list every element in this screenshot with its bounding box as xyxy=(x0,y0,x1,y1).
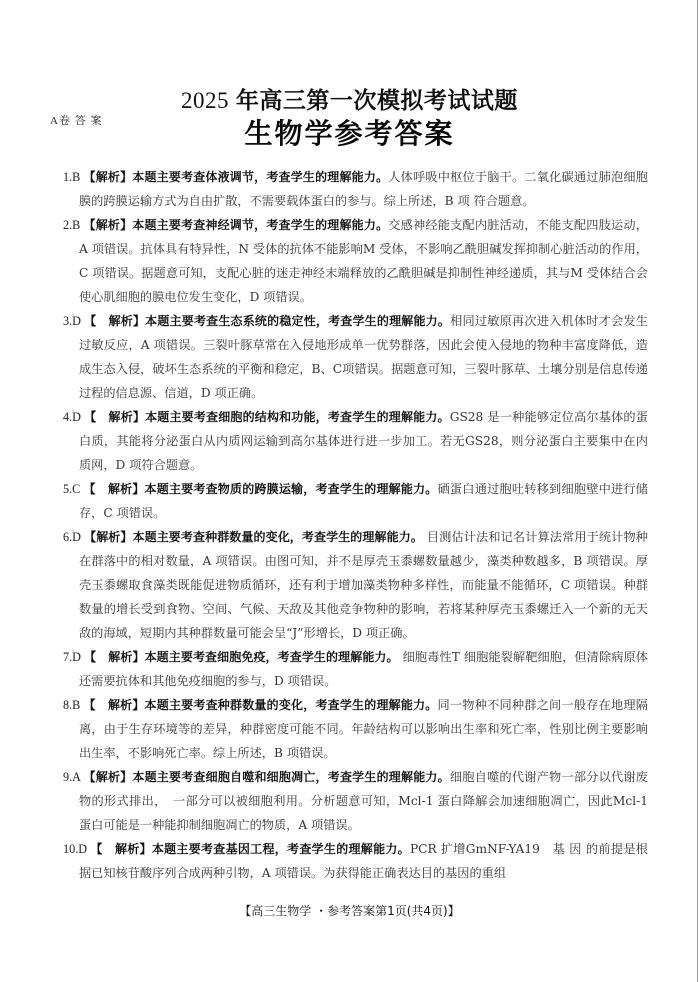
title-text: 年高三第一次模拟考试试题 xyxy=(229,87,518,113)
answer-item-1: 1.B 【解析】本题主要考查体液调节，考查学生的理解能力。人体呼吸中枢位于脑干。… xyxy=(63,165,648,213)
answer-number: 10.D xyxy=(63,842,90,856)
answer-number: 8.B xyxy=(63,698,84,712)
answer-heading: 【解析】本题主要考查种群数量的变化，考查学生的理解能力。 xyxy=(84,530,423,544)
answer-item-9: 9.A 【解析】本题主要考查细胞自噬和细胞凋亡，考查学生的理解能力。细胞自噬的代… xyxy=(63,765,648,837)
page-subtitle: 生物学参考答案 xyxy=(0,112,699,152)
answer-item-10: 10.D 【 解析】本题主要考查基因工程，考查学生的理解能力。PCR 扩增GmN… xyxy=(63,837,648,885)
answer-body: 目测估计法和记名计算法常用于统计物种在群落中的相对数量，A 项错误。由图可知，并… xyxy=(79,530,648,640)
answer-item-7: 7.D 【 解析】本题主要考查细胞免疫，考查学生的理解能力。 细胞毒性T 细胞能… xyxy=(63,645,648,693)
answer-heading: 【解析】本题主要考查体液调节，考查学生的理解能力。 xyxy=(84,170,389,184)
answer-item-8: 8.B 【 解析】本题主要考查种群数量的变化，考查学生的理解能力。同一物种不同种… xyxy=(63,693,648,765)
answer-list: 1.B 【解析】本题主要考查体液调节，考查学生的理解能力。人体呼吸中枢位于脑干。… xyxy=(63,165,648,885)
answer-heading: 【 解析】本题主要考查细胞的结构和功能，考查学生的理解能力。 xyxy=(84,410,450,424)
answer-heading: 【解析】本题主要考查细胞自噬和细胞凋亡，考查学生的理解能力。 xyxy=(84,770,450,784)
page-title: 2025 年高三第一次模拟考试试题 xyxy=(0,82,699,115)
answer-number: 3.D xyxy=(63,314,84,328)
page-footer: 【高三生物学 ・参考答案第1页(共4页)】 xyxy=(0,902,699,919)
answer-number: 9.A xyxy=(63,770,84,784)
answer-number: 1.B xyxy=(63,170,84,184)
answer-item-5: 5.C 【 解析】本题主要考查物质的跨膜运输，考查学生的理解能力。硒蛋白通过胞吐… xyxy=(63,477,648,525)
title-year: 2025 xyxy=(181,88,229,113)
answer-item-2: 2.B 【解析】本题主要考查神经调节，考查学生的理解能力。交感神经能支配内脏活动… xyxy=(63,213,648,309)
answer-number: 7.D xyxy=(63,650,84,664)
answer-number: 4.D xyxy=(63,410,84,424)
answer-heading: 【 解析】本题主要考查生态系统的稳定性，考查学生的理解能力。 xyxy=(84,314,450,328)
answer-number: 5.C xyxy=(63,482,84,496)
answer-number: 2.B xyxy=(63,218,84,232)
answer-item-6: 6.D 【解析】本题主要考查种群数量的变化，考查学生的理解能力。 目测估计法和记… xyxy=(63,525,648,645)
answer-item-4: 4.D 【 解析】本题主要考查细胞的结构和功能，考查学生的理解能力。GS28 是… xyxy=(63,405,648,477)
answer-heading: 【 解析】本题主要考查种群数量的变化，考查学生的理解能力。 xyxy=(84,698,438,712)
answer-number: 6.D xyxy=(63,530,84,544)
answer-heading: 【 解析】本题主要考查基因工程，考查学生的理解能力。 xyxy=(90,842,410,856)
answer-heading: 【 解析】本题主要考查物质的跨膜运输，考查学生的理解能力。 xyxy=(84,482,438,496)
answer-heading: 【解析】本题主要考查神经调节，考查学生的理解能力。 xyxy=(84,218,389,232)
answer-heading: 【 解析】本题主要考查细胞免疫，考查学生的理解能力。 xyxy=(84,650,399,664)
answer-item-3: 3.D 【 解析】本题主要考查生态系统的稳定性，考查学生的理解能力。相同过敏原再… xyxy=(63,309,648,405)
